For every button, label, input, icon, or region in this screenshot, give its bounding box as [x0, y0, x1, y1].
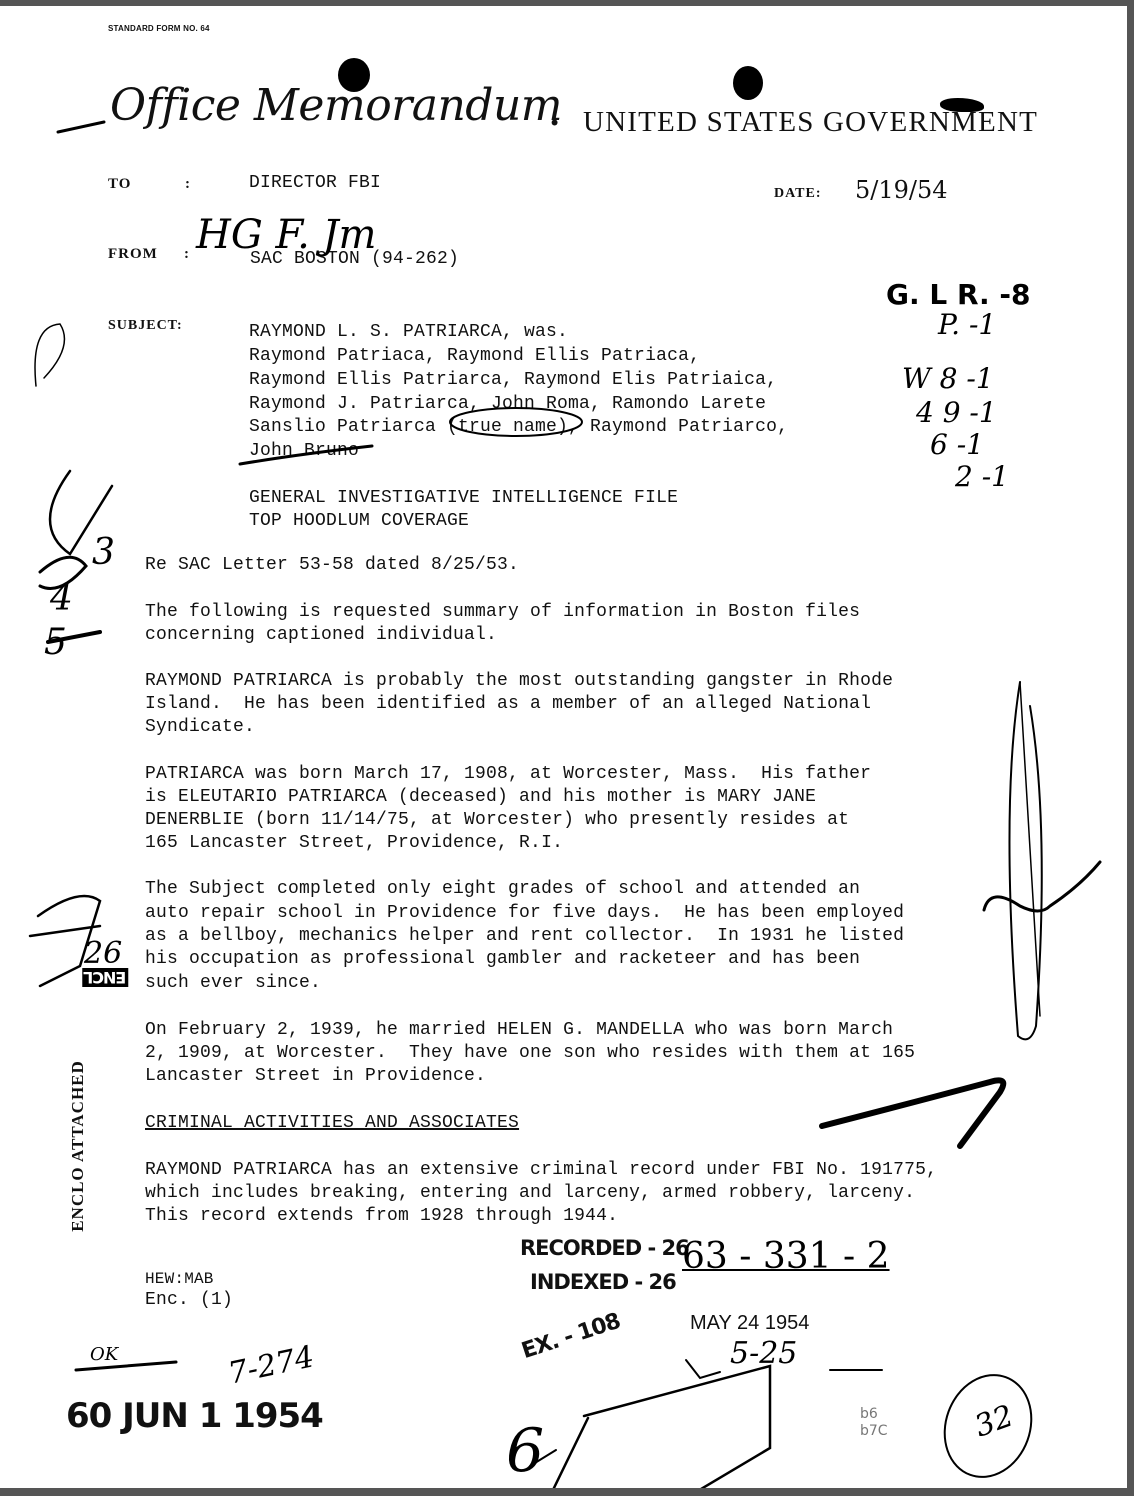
encl-stamp: ENCL — [82, 968, 128, 987]
form-number: STANDARD FORM NO. 64 — [108, 24, 210, 33]
memo-title: Office Memorandum — [110, 80, 562, 131]
redaction-code: b6 — [860, 1406, 878, 1423]
subject-line: Sanslio Patriarca (true name), Raymond P… — [249, 416, 788, 439]
routing-mark: 4 9 -1 — [916, 396, 997, 429]
indexed-stamp: INDEXED - 26 — [530, 1270, 676, 1294]
subject-line: Raymond J. Patriarca, John Roma, Ramondo… — [249, 393, 766, 416]
paragraph-line: On February 2, 1939, he married HELEN G.… — [145, 1019, 893, 1042]
memo-page: STANDARD FORM NO. 64 Office Memorandum •… — [0, 6, 1127, 1488]
routing-mark: 6 -1 — [930, 428, 984, 461]
paragraph-line: DENERBLIE (born 11/14/75, at Worcester) … — [145, 809, 849, 832]
margin-number: 5 — [44, 622, 67, 663]
routing-mark: 2 -1 — [955, 460, 1009, 493]
ok-initials: OK — [90, 1344, 118, 1365]
paragraph-line: his occupation as professional gambler a… — [145, 948, 860, 971]
paragraph-line: which includes breaking, entering and la… — [145, 1182, 915, 1205]
handwritten-date: 5-25 — [730, 1336, 797, 1371]
enclosure-attached-stamp: ENCLO ATTACHED — [68, 1046, 88, 1246]
typist-initials: HEW:MAB — [145, 1268, 214, 1291]
encl-number: 26 — [84, 936, 122, 971]
paragraph-line: RAYMOND PATRIARCA is probably the most o… — [145, 670, 893, 693]
from-label: FROM — [108, 246, 158, 263]
to-value: DIRECTOR FBI — [249, 172, 381, 195]
file-number: 63 - 331 - 2 — [682, 1236, 890, 1277]
paragraph-line: RAYMOND PATRIARCA has an extensive crimi… — [145, 1159, 937, 1182]
ex-stamp: EX. - 108 — [519, 1309, 623, 1364]
date-value: 5/19/54 — [855, 176, 948, 204]
paragraph-line: The Subject completed only eight grades … — [145, 878, 860, 901]
paragraph-line: as a bellboy, mechanics helper and rent … — [145, 925, 904, 948]
ink-blot — [940, 98, 984, 112]
file-title-line: TOP HOODLUM COVERAGE — [249, 510, 469, 533]
paragraph-line: PATRIARCA was born March 17, 1908, at Wo… — [145, 763, 871, 786]
paragraph-line: auto repair school in Providence for fiv… — [145, 902, 904, 925]
circled-number: 32 — [970, 1399, 1018, 1445]
file-title-line: GENERAL INVESTIGATIVE INTELLIGENCE FILE — [249, 487, 678, 510]
enclosure-note: Enc. (1) — [145, 1289, 233, 1312]
subject-label: SUBJECT: — [108, 318, 183, 334]
paragraph-line: Island. He has been identified as a memb… — [145, 693, 871, 716]
subject-line: Raymond Ellis Patriarca, Raymond Elis Pa… — [249, 369, 777, 392]
handwritten-reference: 7-274 — [225, 1339, 317, 1391]
handwritten-markings — [0, 6, 1127, 1488]
paragraph-line: Syndicate. — [145, 716, 255, 739]
may-date-stamp: MAY 24 1954 — [690, 1312, 809, 1335]
recorded-stamp: RECORDED - 26 — [520, 1236, 689, 1260]
routing-mark: W 8 -1 — [902, 362, 994, 395]
paragraph-line: 165 Lancaster Street, Providence, R.I. — [145, 832, 563, 855]
paragraph-line: is ELEUTARIO PATRIARCA (deceased) and hi… — [145, 786, 816, 809]
paragraph-line: The following is requested summary of in… — [145, 601, 860, 624]
ink-blot — [733, 66, 763, 100]
reference-line: Re SAC Letter 53-58 dated 8/25/53. — [145, 554, 519, 577]
to-colon: : — [185, 176, 191, 193]
margin-number: 4 — [50, 578, 73, 619]
redaction-code: b7C — [860, 1423, 888, 1440]
routing-mark: P. -1 — [938, 308, 996, 341]
from-colon: : — [184, 246, 190, 263]
from-handwritten-initials: HG F. Jm — [196, 212, 376, 258]
title-separator: • — [548, 112, 561, 137]
ink-blot — [338, 58, 370, 92]
routing-mark: G. L R. -8 — [886, 278, 1031, 311]
margin-number: 3 — [92, 532, 115, 573]
subject-line: RAYMOND L. S. PATRIARCA, was. — [249, 321, 568, 344]
paragraph-line: concerning captioned individual. — [145, 624, 497, 647]
paragraph-line: This record extends from 1928 through 19… — [145, 1205, 618, 1228]
subject-line: Raymond Patriaca, Raymond Ellis Patriaca… — [249, 345, 700, 368]
subject-line: John Bruno — [249, 440, 359, 463]
paragraph-line: Lancaster Street in Providence. — [145, 1065, 486, 1088]
jun-date-stamp: 60 JUN 1 1954 — [66, 1396, 323, 1436]
paragraph-line: 2, 1909, at Worcester. They have one son… — [145, 1042, 915, 1065]
date-label: DATE: — [774, 186, 822, 202]
section-heading: CRIMINAL ACTIVITIES AND ASSOCIATES — [145, 1112, 519, 1135]
paragraph-line: such ever since. — [145, 972, 321, 995]
to-label: TO — [108, 176, 131, 193]
handwritten-six: 6 — [506, 1416, 544, 1486]
